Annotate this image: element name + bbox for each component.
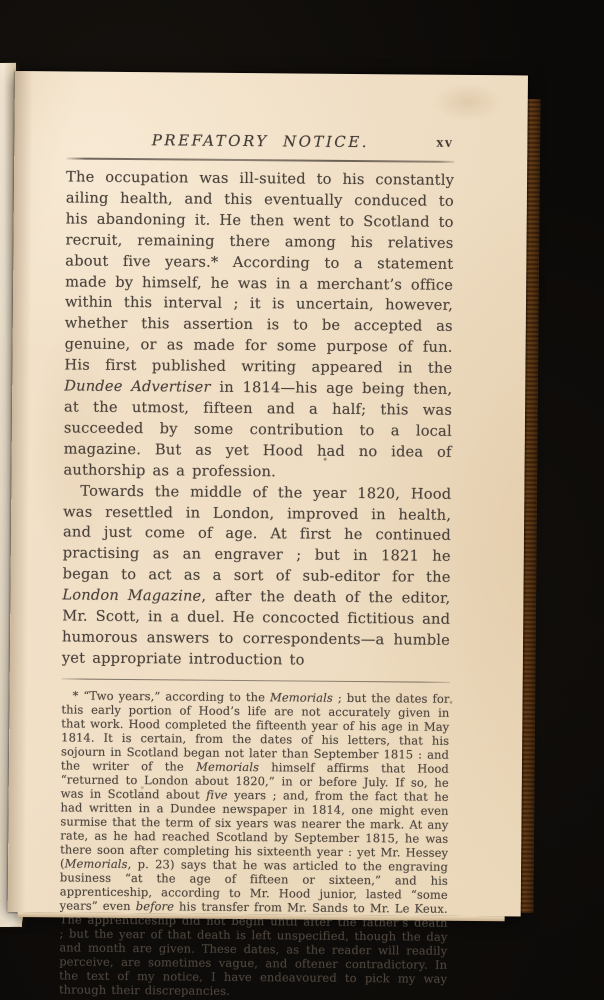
text-block: PREFATORY NOTICE. xv The occupation was … <box>59 129 455 1000</box>
footnote-paragraph: * “Two years,” according to the Memorial… <box>59 689 450 1000</box>
page-number: xv <box>436 135 453 151</box>
footnote-rule <box>62 678 450 683</box>
page-title: PREFATORY NOTICE. <box>152 131 369 151</box>
header-rule <box>66 157 454 162</box>
paragraph: The occupation was ill-suited to his con… <box>63 167 454 484</box>
book-page: PREFATORY NOTICE. xv The occupation was … <box>8 71 528 916</box>
footnote-text: * “Two years,” according to the Memorial… <box>59 689 450 1000</box>
running-header: PREFATORY NOTICE. xv <box>66 129 454 152</box>
paragraph: Towards the middle of the year 1820, Hoo… <box>62 481 452 673</box>
page-stain <box>433 83 503 122</box>
photo-background: PREFATORY NOTICE. xv The occupation was … <box>0 0 604 1000</box>
body-text: The occupation was ill-suited to his con… <box>62 167 454 672</box>
